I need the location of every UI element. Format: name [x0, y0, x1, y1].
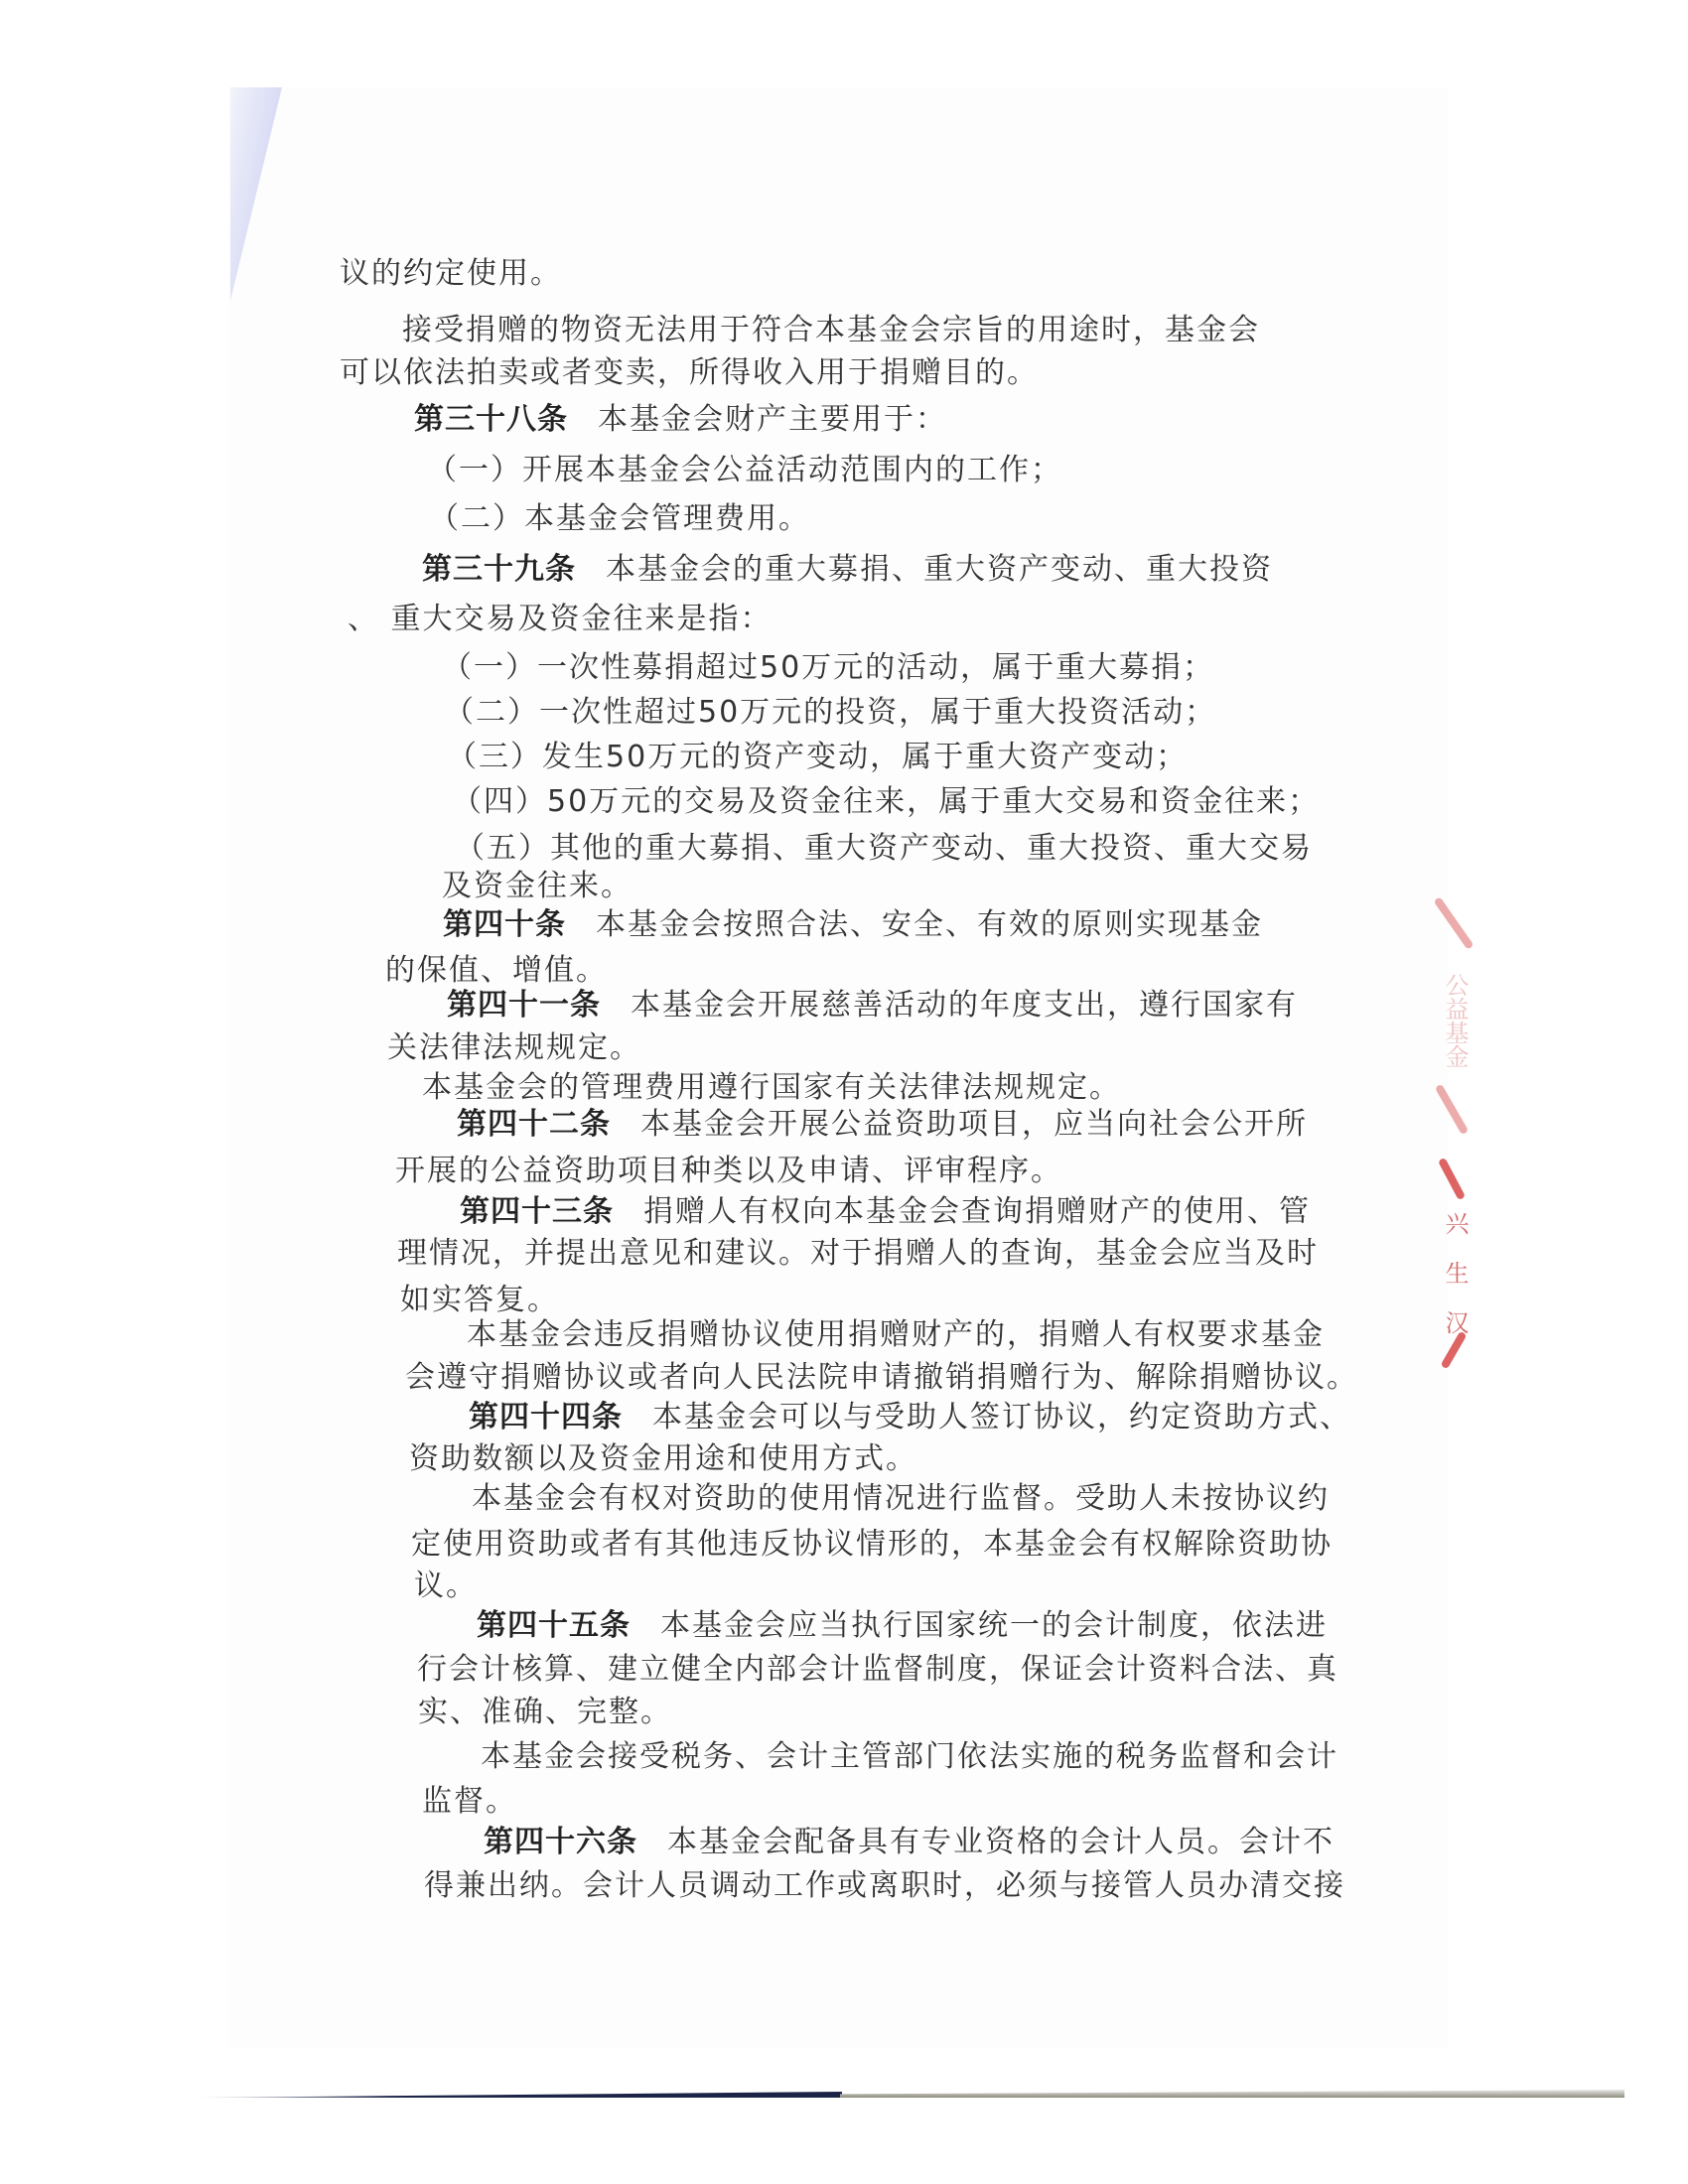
text-line: 理情况，并提出意见和建议。对于捐赠人的查询，基金会应当及时: [397, 1236, 1319, 1272]
list-item: （二）一次性超过50万元的投资，属于重大投资活动；: [444, 695, 1216, 731]
text-line: 议。: [414, 1569, 478, 1604]
article-heading-38: 第三十八条本基金会财产主要用于：: [414, 402, 947, 438]
seal-arc: [1438, 1158, 1466, 1200]
text-line: 开展的公益资助项目种类以及申请、评审程序。: [395, 1154, 1062, 1189]
list-item: （三）发生50万元的资产变动，属于重大资产变动；: [447, 740, 1188, 775]
text-line: 可以依法拍卖或者变卖，所得收入用于捐赠目的。: [340, 355, 1039, 391]
text-line: 及资金往来。: [442, 869, 633, 904]
text-line: 定使用资助或者有其他违反协议情形的，本基金会有权解除资助协: [411, 1527, 1333, 1563]
article-heading-43: 第四十三条捐赠人有权向本基金会查询捐赠财产的使用、管: [460, 1194, 1311, 1230]
text-line: 、 重大交易及资金往来是指：: [348, 602, 773, 637]
text-line: 资助数额以及资金用途和使用方式。: [409, 1441, 917, 1477]
list-item: （五）其他的重大募捐、重大资产变动、重大投资、重大交易: [455, 831, 1313, 867]
text-line: 实、准确、完整。: [418, 1695, 672, 1730]
seal-arc: [1434, 896, 1475, 950]
text-line: 本基金会接受税务、会计主管部门依法实施的税务监督和会计: [481, 1739, 1338, 1775]
article-heading-40: 第四十条本基金会按照合法、安全、有效的原则实现基金: [443, 907, 1263, 943]
text-line: 接受捐赠的物资无法用于符合本基金会宗旨的用途时，基金会: [402, 313, 1260, 348]
shadow-strip: [197, 2092, 842, 2098]
article-heading-42: 第四十二条本基金会开展公益资助项目，应当向社会公开所: [457, 1107, 1308, 1143]
text-line: 本基金会的管理费用遵行国家有关法律法规规定。: [422, 1070, 1121, 1106]
text-line: 行会计核算、建立健全内部会计监督制度，保证会计资料合法、真: [417, 1652, 1338, 1688]
article-heading-45: 第四十五条本基金会应当执行国家统一的会计制度，依法进: [477, 1608, 1328, 1644]
text-line: 如实答复。: [400, 1283, 559, 1318]
seal-arc: [1435, 1084, 1469, 1136]
list-item: （一）一次性募捐超过50万元的活动，属于重大募捐；: [442, 650, 1214, 686]
red-seal-stamp: 公益基金 兴 生 汉: [1420, 893, 1479, 1370]
seal-char: 生: [1438, 1261, 1473, 1285]
article-heading-44: 第四十四条本基金会可以与受助人签订协议，约定资助方式、: [469, 1400, 1351, 1435]
text-line: 本基金会违反捐赠协议使用捐赠财产的，捐赠人有权要求基金: [467, 1317, 1325, 1353]
page-bottom-edge: [177, 2090, 1454, 2098]
seal-arc: [1441, 1331, 1468, 1370]
seal-char: 汉: [1438, 1310, 1473, 1334]
list-item: （四）50万元的交易及资金往来，属于重大交易和资金往来；: [452, 784, 1320, 820]
list-item: （一）开展本基金会公益活动范围内的工作；: [427, 453, 1062, 488]
article-heading-39: 第三十九条本基金会的重大募捐、重大资产变动、重大投资: [422, 552, 1273, 588]
text-line: 得兼出纳。会计人员调动工作或离职时，必须与接管人员办清交接: [424, 1868, 1345, 1904]
shadow-strip: [840, 2090, 1624, 2098]
text-line: 本基金会有权对资助的使用情况进行监督。受助人未按协议约: [472, 1481, 1330, 1517]
text-line: 关法律法规规定。: [387, 1030, 641, 1066]
seal-text-faint: 公益基金: [1438, 973, 1473, 1068]
article-heading-46: 第四十六条本基金会配备具有专业资格的会计人员。会计不: [484, 1825, 1335, 1860]
text-line: 监督。: [422, 1784, 517, 1820]
text-line: 会遵守捐赠协议或者向人民法院申请撤销捐赠行为、解除捐赠协议。: [405, 1360, 1358, 1396]
text-line: 议的约定使用。: [340, 256, 562, 292]
article-heading-41: 第四十一条本基金会开展慈善活动的年度支出，遵行国家有: [447, 988, 1298, 1024]
seal-char: 兴: [1438, 1211, 1473, 1235]
text-line: 的保值、增值。: [385, 953, 608, 989]
list-item: （二）本基金会管理费用。: [429, 501, 810, 537]
